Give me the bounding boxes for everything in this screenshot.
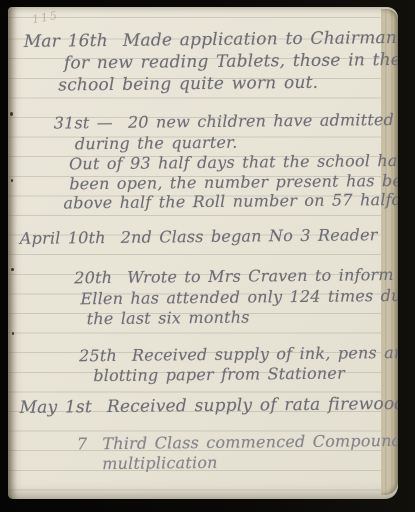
entry-date: 25th [79, 346, 117, 365]
handwriting-line: May 1stReceived supply of rata firewood [20, 394, 398, 418]
entry-text: Out of 93 half days that the school has [69, 151, 398, 174]
handwriting-line: April 10th2nd Class began No 3 Reader [20, 225, 378, 248]
entry-text: above half the Roll number on 57 halfday… [63, 190, 398, 213]
entry-text: Third Class commenced Compound [102, 431, 398, 453]
entry-text: Wrote to Mrs Craven to inform her that [127, 264, 398, 287]
handwriting-line: 31st —20 new children have admitted [54, 110, 395, 133]
handwriting-line: Ellen has attended only 124 times during [80, 286, 398, 309]
handwritten-entries: Mar 16thMade application to Chairman for… [8, 7, 398, 499]
entry-text: Received supply of rata firewood [107, 394, 398, 417]
handwriting-line: above half the Roll number on 57 halfday… [63, 190, 398, 213]
entry-text: the last six months [87, 308, 250, 329]
entry-text: during the quarter. [75, 133, 238, 154]
handwriting-line: Mar 16thMade application to Chairman [24, 28, 397, 52]
logbook-page: 115 Mar 16thMade application to Chairman… [8, 7, 398, 499]
handwriting-line: 25thReceived supply of ink, pens and [79, 343, 398, 366]
entry-date: 31st — [54, 113, 113, 133]
entry-date: April 10th [20, 228, 106, 248]
handwriting-line: 7Third Class commenced Compound [77, 431, 398, 453]
entry-text: for new reading Tablets, those in the [64, 50, 398, 74]
entry-date: 7 [77, 434, 88, 453]
entry-text: 2nd Class began No 3 Reader [121, 225, 378, 247]
handwriting-line: school being quite worn out. [58, 73, 318, 96]
handwriting-line: blotting paper from Stationer [93, 364, 345, 386]
entry-date: 20th [74, 268, 112, 287]
entry-text: blotting paper from Stationer [93, 364, 345, 386]
handwriting-line: 20thWrote to Mrs Craven to inform her th… [74, 264, 398, 287]
entry-text: Made application to Chairman [123, 28, 397, 51]
handwriting-line: multiplication [102, 453, 218, 473]
entry-text: school being quite worn out. [58, 73, 318, 96]
handwriting-line: for new reading Tablets, those in the [64, 50, 398, 74]
entry-date: Mar 16th [24, 31, 108, 52]
scanned-logbook-image: 115 Mar 16thMade application to Chairman… [0, 0, 415, 512]
entry-text: Received supply of ink, pens and [132, 343, 398, 365]
entry-text: multiplication [102, 453, 218, 473]
handwriting-line: the last six months [87, 308, 250, 329]
entry-text: Ellen has attended only 124 times during [80, 286, 398, 309]
entry-text: 20 new children have admitted [128, 110, 394, 132]
handwriting-line: Out of 93 half days that the school has [69, 151, 398, 174]
handwriting-line: during the quarter. [75, 133, 238, 154]
entry-date: May 1st [20, 397, 93, 418]
